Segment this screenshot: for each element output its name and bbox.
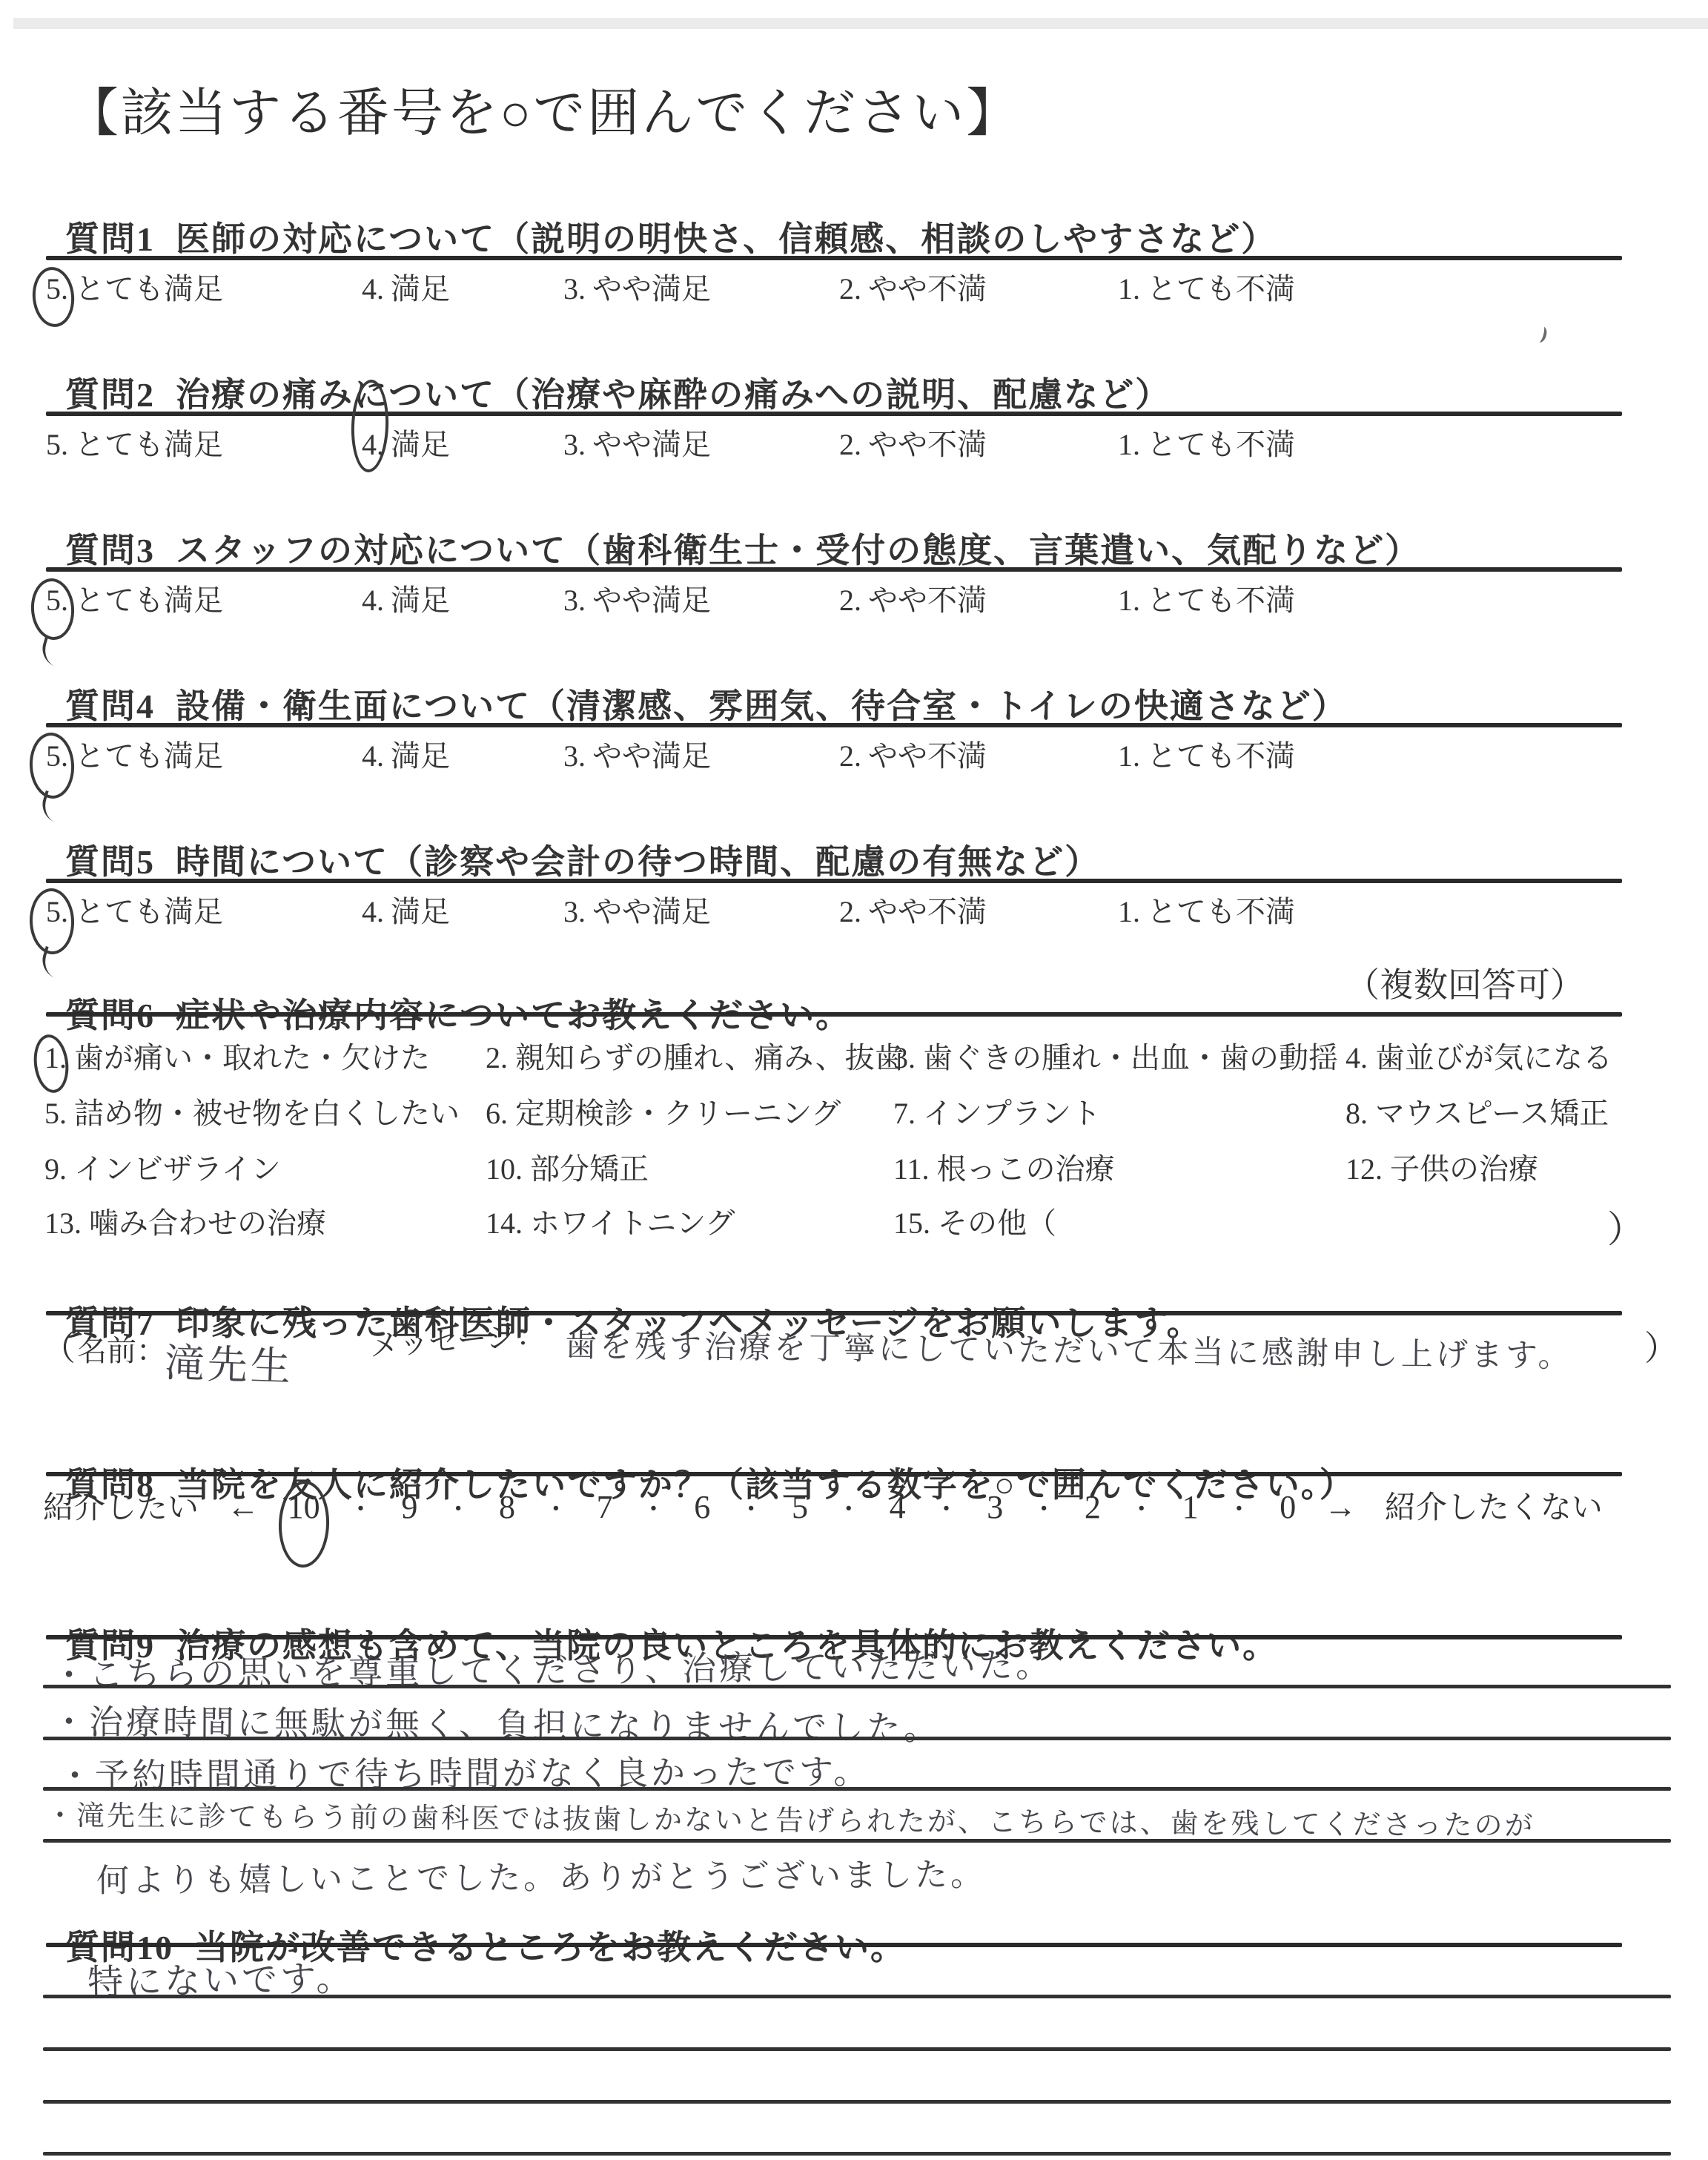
- q4-option-3: 3.やや満足: [563, 733, 711, 775]
- q6-item-10: 10.部分矯正: [486, 1146, 649, 1188]
- option-label: とても満足: [75, 272, 223, 305]
- q1-option-4: 4.満足: [362, 265, 450, 308]
- q5-option-4: 4.満足: [362, 888, 450, 931]
- scale-dot: ・: [446, 1489, 471, 1525]
- q5-circle-mark: 5.: [46, 894, 68, 929]
- q2-title: 治療の痛みについて（治療や麻酔の痛みへの説明、配慮など）: [176, 376, 1171, 414]
- option-label: やや不満: [868, 739, 987, 773]
- option-label: やや不満: [868, 584, 987, 617]
- item-label: 根っこの治療: [937, 1152, 1115, 1186]
- q8-right-label: 紹介したくない: [1385, 1483, 1603, 1527]
- q9-heading-rule: [46, 1635, 1622, 1639]
- item-label: インビザライン: [74, 1152, 281, 1186]
- q7-open-paren: （: [42, 1321, 76, 1370]
- q9-answer-line-3: [43, 1787, 1671, 1791]
- option-label: やや不満: [868, 428, 987, 461]
- option-label: 満足: [391, 584, 450, 617]
- item-label: インプラント: [923, 1097, 1101, 1130]
- q3-option-5: 5.とても満足: [46, 577, 223, 619]
- scale-dot: ・: [1129, 1489, 1154, 1525]
- q7-heading-rule: [46, 1311, 1622, 1315]
- q5-heading-rule: [46, 879, 1622, 883]
- q2-heading: 質問2治療の痛みについて（治療や麻酔の痛みへの説明、配慮など）: [65, 368, 1171, 417]
- q10-answer-line-4: [43, 2152, 1671, 2156]
- q6-item-14: 14.ホワイトニング: [486, 1200, 735, 1242]
- q5-option-1: 1.とても不満: [1118, 888, 1295, 931]
- q8-heading-rule: [46, 1472, 1622, 1476]
- right-arrow-icon: →: [1324, 1488, 1357, 1526]
- q6-multi-answer-note: （複数回答可）: [1345, 958, 1584, 1007]
- q7-message-handwritten: 歯を残す治療を丁寧にしていただいて本当に感謝申し上げます。: [565, 1321, 1573, 1376]
- option-label: とても不満: [1147, 584, 1295, 617]
- q5-number: 質問5: [65, 843, 155, 881]
- q2-option-1: 1.とても不満: [1118, 421, 1295, 463]
- option-label: やや不満: [868, 895, 987, 928]
- q10-answer-line-2: [43, 2047, 1671, 2051]
- q4-number: 質問4: [65, 687, 155, 725]
- q8-left-label: 紹介したい: [43, 1483, 199, 1527]
- option-label: 満足: [391, 272, 450, 305]
- scan-artifact-band: [13, 18, 1708, 29]
- option-label: とても満足: [75, 739, 223, 773]
- q6-item-11: 11.根っこの治療: [893, 1146, 1115, 1188]
- item-label: 歯ぐきの腫れ・出血・歯の動揺: [923, 1041, 1338, 1074]
- q1-heading: 質問1医師の対応について（説明の明快さ、信頼感、相談のしやすさなど）: [65, 212, 1277, 261]
- q6-item-2: 2.親知らずの腫れ、痛み、抜歯: [486, 1034, 904, 1077]
- q1-option-2: 2.やや不満: [839, 265, 987, 308]
- scanned-survey-page: 【該当する番号を○で囲んでください】 質問1医師の対応について（説明の明快さ、信…: [0, 0, 1708, 2160]
- scale-dot: ・: [738, 1489, 764, 1525]
- q9-handwritten-line-2: ・治療時間に無駄が無く、負担になりませんでした。: [52, 1695, 941, 1750]
- q6-item-1: 1.歯が痛い・取れた・欠けた: [44, 1034, 430, 1077]
- q6-item-4: 4.歯並びが気になる: [1345, 1034, 1612, 1077]
- item-label: 子供の治療: [1390, 1152, 1538, 1186]
- q10-heading-rule: [46, 1943, 1622, 1947]
- q9-answer-line-1: [43, 1685, 1671, 1688]
- q5-option-2: 2.やや不満: [839, 888, 987, 931]
- q6-other-close-paren: ）: [1607, 1200, 1644, 1253]
- option-label: 満足: [391, 895, 450, 928]
- item-label: 部分矯正: [530, 1152, 649, 1186]
- item-label: その他（: [938, 1206, 1056, 1240]
- item-label: 歯並びが気になる: [1375, 1041, 1612, 1074]
- option-label: 満足: [391, 428, 450, 461]
- scale-dot: ・: [348, 1489, 374, 1525]
- q3-option-4: 4.満足: [362, 577, 450, 619]
- item-label: ホワイトニング: [530, 1206, 735, 1240]
- q8-recommend-scale: 紹介したい ← 10 ・ 9 ・ 8 ・ 7 ・ 6 ・ 5 ・ 4 ・ 3 ・…: [43, 1483, 1603, 1527]
- q9-answer-line-4: [43, 1839, 1671, 1843]
- scale-dot: ・: [640, 1489, 666, 1525]
- scale-dot: ・: [836, 1489, 861, 1525]
- q7-name-handwritten: 滝先生: [164, 1331, 295, 1393]
- q9-handwritten-line-1: ・こちらの思いを尊重してくださり、治療していただいた。: [52, 1638, 1053, 1697]
- q5-heading: 質問5時間について（診察や会計の待つ時間、配慮の有無など）: [65, 835, 1100, 884]
- item-label: 親知らずの腫れ、痛み、抜歯: [515, 1041, 904, 1074]
- scale-dot: ・: [543, 1489, 569, 1525]
- q6-item-9: 9.インビザライン: [44, 1146, 281, 1188]
- q6-item-8: 8.マウスピース矯正: [1345, 1090, 1609, 1132]
- q6-item-6: 6.定期検診・クリーニング: [486, 1090, 841, 1132]
- q1-option-5: 5.とても満足: [46, 265, 223, 308]
- q4-option-4: 4.満足: [362, 733, 450, 775]
- option-label: やや不満: [868, 272, 987, 305]
- q2-option-3: 3.やや満足: [563, 421, 711, 463]
- q3-title: スタッフの対応について（歯科衛生士・受付の態度、言葉遣い、気配りなど）: [176, 532, 1420, 569]
- q1-option-3: 3.やや満足: [563, 265, 711, 308]
- q3-number: 質問3: [65, 532, 155, 569]
- item-label: 歯が痛い・取れた・欠けた: [74, 1041, 430, 1074]
- option-label: とても満足: [75, 584, 223, 617]
- q8-circle-mark: 10: [288, 1488, 320, 1526]
- page-title: 【該当する番号を○で囲んでください】: [67, 71, 1020, 146]
- q7-close-paren: ）: [1644, 1321, 1678, 1370]
- item-label: 詰め物・被せ物を白くしたい: [74, 1097, 460, 1130]
- q4-option-5: 5.とても満足: [46, 733, 223, 775]
- q4-option-1: 1.とても不満: [1118, 733, 1295, 775]
- q5-option-3: 3.やや満足: [563, 888, 711, 931]
- q6-heading-rule: [46, 1012, 1622, 1017]
- q1-number: 質問1: [65, 220, 155, 258]
- option-label: やや満足: [592, 739, 711, 773]
- q9-answer-line-2: [43, 1737, 1671, 1740]
- q6-item-12: 12.子供の治療: [1345, 1146, 1538, 1188]
- q10-answer-line-1: [43, 1995, 1671, 1998]
- q1-option-1: 1.とても不満: [1118, 265, 1295, 308]
- item-label: マウスピース矯正: [1375, 1097, 1609, 1130]
- option-label: やや満足: [592, 895, 711, 928]
- option-label: やや満足: [592, 584, 711, 617]
- q6-item-15: 15.その他（: [893, 1200, 1056, 1242]
- option-label: やや満足: [592, 428, 711, 461]
- scale-dot: ・: [933, 1489, 959, 1525]
- q4-heading: 質問4設備・衛生面について（清潔感、雰囲気、待合室・トイレの快適さなど）: [65, 679, 1348, 728]
- q5-option-5: 5.とても満足: [46, 888, 223, 931]
- q2-heading-rule: [46, 412, 1622, 416]
- q6-item-3: 3.歯ぐきの腫れ・出血・歯の動揺: [893, 1034, 1338, 1077]
- q6-item-7: 7.インプラント: [893, 1090, 1101, 1132]
- q9-handwritten-line-4: ・滝先生に診てもらう前の歯科医では抜歯しかないと告げられたが、こちらでは、歯を残…: [46, 1792, 1535, 1843]
- q3-heading: 質問3スタッフの対応について（歯科衛生士・受付の態度、言葉遣い、気配りなど）: [65, 524, 1420, 572]
- q3-option-2: 2.やや不満: [839, 577, 987, 619]
- q3-circle-mark: 5.: [46, 583, 68, 618]
- q1-circle-mark: 5.: [46, 271, 68, 306]
- scale-dot: ・: [1226, 1489, 1251, 1525]
- q1-title: 医師の対応について（説明の明快さ、信頼感、相談のしやすさなど）: [176, 220, 1277, 258]
- q6-item-5: 5.詰め物・被せ物を白くしたい: [44, 1090, 460, 1132]
- q4-option-2: 2.やや不満: [839, 733, 987, 775]
- option-label: とても不満: [1147, 895, 1295, 928]
- q4-heading-rule: [46, 723, 1622, 727]
- q7-name-label: 名前：: [77, 1327, 166, 1370]
- q4-circle-mark: 5.: [46, 739, 68, 773]
- option-label: とても満足: [75, 428, 223, 461]
- q3-option-3: 3.やや満足: [563, 577, 711, 619]
- option-label: とても不満: [1147, 739, 1295, 773]
- stray-pen-mark: [1534, 325, 1549, 343]
- option-label: 満足: [391, 739, 450, 773]
- item-label: 定期検診・クリーニング: [515, 1097, 841, 1130]
- left-arrow-icon: ←: [227, 1488, 259, 1526]
- q3-heading-rule: [46, 567, 1622, 572]
- q2-option-2: 2.やや不満: [839, 421, 987, 463]
- q2-number: 質問2: [65, 376, 155, 414]
- q4-title: 設備・衛生面について（清潔感、雰囲気、待合室・トイレの快適さなど）: [176, 687, 1348, 725]
- option-label: とても不満: [1147, 428, 1295, 461]
- item-label: 噛み合わせの治療: [89, 1206, 326, 1240]
- q3-option-1: 1.とても不満: [1118, 577, 1295, 619]
- q2-option-4: 4.満足: [362, 421, 450, 463]
- q6-circle-mark: 1.: [44, 1040, 67, 1075]
- q9-handwritten-line-5: 何よりも嬉しいことでした。ありがとうございました。: [96, 1848, 986, 1901]
- q6-item-13: 13.噛み合わせの治療: [44, 1200, 326, 1242]
- q2-circle-mark: 4.: [362, 427, 384, 462]
- option-label: やや満足: [592, 272, 711, 305]
- scale-dot: ・: [1031, 1489, 1056, 1525]
- q5-title: 時間について（診察や会計の待つ時間、配慮の有無など）: [176, 843, 1100, 881]
- option-label: とても不満: [1147, 272, 1295, 305]
- q2-option-5: 5.とても満足: [46, 421, 223, 463]
- option-label: とても満足: [75, 895, 223, 928]
- q10-answer-line-3: [43, 2100, 1671, 2104]
- q1-heading-rule: [46, 256, 1622, 260]
